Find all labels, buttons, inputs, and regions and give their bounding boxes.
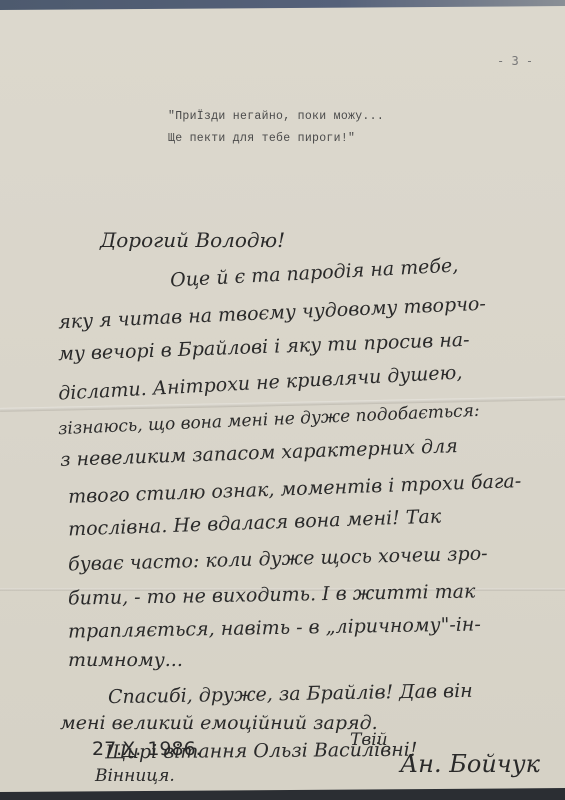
place: Вінниця. bbox=[95, 766, 175, 786]
signature: Ан. Бойчук bbox=[400, 750, 540, 778]
page-number: - 3 - bbox=[497, 54, 533, 68]
date-day: 27. bbox=[92, 738, 122, 760]
epigraph-line-2: Ще пекти для тебе пироги!" bbox=[168, 132, 355, 145]
closing: Твій bbox=[350, 730, 388, 750]
date-month: X bbox=[122, 738, 135, 760]
letter-line: тимному... bbox=[68, 649, 183, 671]
date-year: . 1986. bbox=[135, 738, 201, 760]
date: 27.X. 1986. bbox=[92, 738, 202, 760]
salutation: Дорогий Володю! bbox=[100, 228, 285, 252]
epigraph-line-1: "ПриЇзди негайно, поки можу... bbox=[168, 110, 384, 123]
letter-line: мені великий емоційний заряд. bbox=[60, 712, 378, 734]
